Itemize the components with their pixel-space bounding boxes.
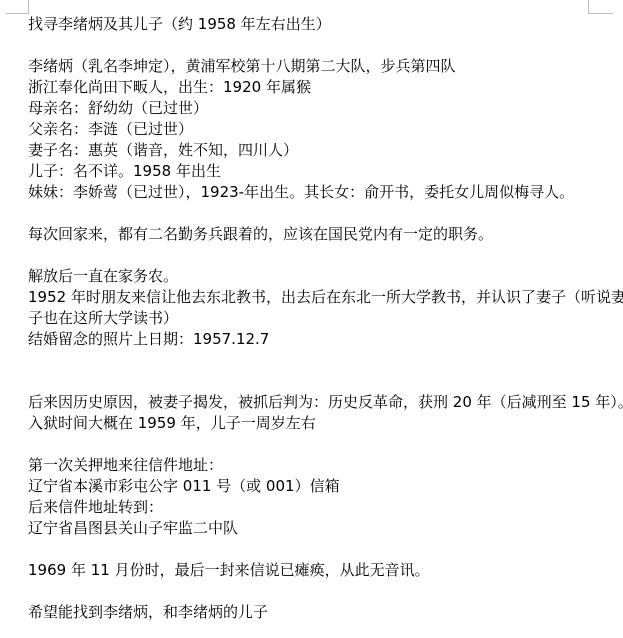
text-line-blank xyxy=(28,539,620,560)
text-line: 李绪炳（乳名李坤定），黄浦军校第十八期第二大队，步兵第四队 xyxy=(28,56,620,77)
text-line: 母亲名：舒幼幼（已过世） xyxy=(28,98,620,119)
document-text-body: 找寻李绪炳及其儿子（约 1958 年左右出生） 李绪炳（乳名李坤定），黄浦军校第… xyxy=(28,14,620,623)
text-line: 解放后一直在家务农。 xyxy=(28,266,620,287)
text-line: 1952 年时朋友来信让他去东北教书，出去后在东北一所大学教书，并认识了妻子（听… xyxy=(28,287,620,308)
text-line-blank xyxy=(28,35,620,56)
text-line: 每次回家来，都有二名勤务兵跟着的，应该在国民党内有一定的职务。 xyxy=(28,224,620,245)
text-line-blank xyxy=(28,434,620,455)
text-line: 入狱时间大概在 1959 年，儿子一周岁左右 xyxy=(28,413,620,434)
text-line: 第一次关押地来往信件地址： xyxy=(28,455,620,476)
text-line: 儿子：名不详。1958 年出生 xyxy=(28,161,620,182)
text-line-blank xyxy=(28,581,620,602)
page-margin-mark-top-left xyxy=(6,0,29,14)
text-line: 浙江奉化尚田下畈人，出生：1920 年属猴 xyxy=(28,77,620,98)
text-line-blank xyxy=(28,245,620,266)
text-line: 后来信件地址转到： xyxy=(28,497,620,518)
text-line: 妻子名：惠英（谐音，姓不知，四川人） xyxy=(28,140,620,161)
text-line-blank xyxy=(28,203,620,224)
text-line: 子也在这所大学读书） xyxy=(28,308,620,329)
text-line: 1969 年 11 月份时，最后一封来信说已瘫痪，从此无音讯。 xyxy=(28,560,620,581)
text-line: 后来因历史原因，被妻子揭发，被抓后判为：历史反革命，获刑 20 年（后减刑至 1… xyxy=(28,392,620,413)
document-page[interactable]: 找寻李绪炳及其儿子（约 1958 年左右出生） 李绪炳（乳名李坤定），黄浦军校第… xyxy=(0,0,623,638)
text-line: 结婚留念的照片上日期：1957.12.7 xyxy=(28,329,620,350)
text-line: 辽宁省本溪市彩屯公字 011 号（或 001）信箱 xyxy=(28,476,620,497)
text-line-title: 找寻李绪炳及其儿子（约 1958 年左右出生） xyxy=(28,14,620,35)
text-line: 希望能找到李绪炳，和李绪炳的儿子 xyxy=(28,602,620,623)
text-line: 父亲名：李涟（已过世） xyxy=(28,119,620,140)
text-line-blank xyxy=(28,371,620,392)
text-line: 辽宁省昌图县关山子牢监二中队 xyxy=(28,518,620,539)
text-line: 妹妹：李娇莺（已过世），1923-年出生。其长女：俞开书，委托女儿周似梅寻人。 xyxy=(28,182,620,203)
page-margin-mark-top-right xyxy=(588,0,613,14)
text-line-blank xyxy=(28,350,620,371)
